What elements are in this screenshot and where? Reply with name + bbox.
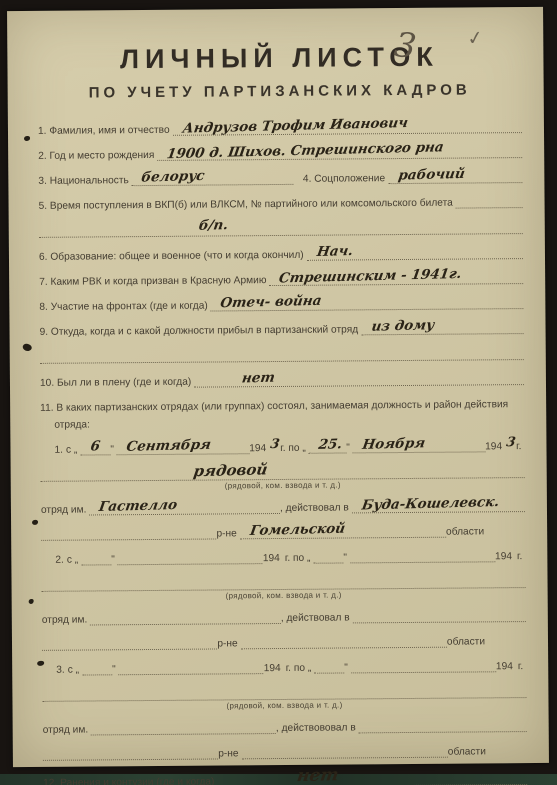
handwritten-district-1: Гомельской bbox=[239, 522, 350, 538]
handwritten-wounds: нет bbox=[286, 767, 344, 785]
entry-3-from-month-line bbox=[119, 660, 264, 675]
form-body: 1. Фамилия, имя и отчество Андрузов Троф… bbox=[38, 118, 527, 785]
entry-1-from-day-line: 6 bbox=[80, 441, 110, 456]
field-line-party bbox=[456, 194, 523, 209]
field-row-7: 7. Каким РВК и когда призван в Красную А… bbox=[39, 269, 523, 288]
entry-1-acted-line: Буда-Кошелевск. bbox=[352, 498, 525, 514]
entry-3-district-line bbox=[241, 744, 447, 760]
paper-speck bbox=[29, 599, 34, 604]
entry-3-unit-label: отряд им. bbox=[43, 724, 92, 735]
field-label-surname: 1. Фамилия, имя и отчество bbox=[38, 125, 173, 137]
entry-3-to-label: г. по „ bbox=[286, 663, 315, 674]
field-row-12: 12. Ранения и контузии (где и когда) нет bbox=[43, 767, 527, 785]
service-entry-1-unit: отряд им. Гастелло , действовал в Буда-К… bbox=[41, 497, 525, 516]
handwritten-surname: Андрузов Трофим Иванович bbox=[171, 116, 412, 136]
field-label-party: 5. Время поступления в ВКП(б) или ВЛКСМ,… bbox=[39, 198, 456, 212]
entry-3-from-label: с „ bbox=[68, 665, 82, 676]
entry-2-from-label: с „ bbox=[67, 555, 81, 566]
handwritten-birth: 1900 д. Шихов. Стрешинского рна bbox=[156, 141, 449, 162]
paper-speck bbox=[22, 342, 33, 352]
form-subtitle: ПО УЧЕТУ ПАРТИЗАНСКИХ КАДРОВ bbox=[38, 81, 522, 102]
entry-3-district-lead-line bbox=[43, 745, 218, 760]
handwritten-arrival: из дому bbox=[360, 319, 439, 334]
entry-3-year-prefix: 194 bbox=[264, 663, 284, 674]
entry-2-unit-label: отряд им. bbox=[42, 614, 91, 625]
paper-speck bbox=[32, 520, 38, 525]
entry-1-to-day-line: 25. bbox=[309, 439, 347, 454]
field-label-nationality: 3. Национальность bbox=[38, 175, 132, 187]
field-row-6: 6. Образование: общее и военное (что и к… bbox=[39, 244, 523, 263]
entry-2-to-label: г. по „ bbox=[285, 553, 314, 564]
field-line-education: Нач. bbox=[307, 245, 523, 261]
entry-2-number: 2. bbox=[55, 555, 67, 566]
field-label-detachments: 11. В каких партизанских отрядах (или гр… bbox=[40, 399, 511, 414]
entry-1-district-label: р-не bbox=[216, 528, 239, 539]
entry-1-district-lead-line bbox=[41, 525, 216, 540]
service-entry-1-dates: 1. с „ 6 " Сентября 194 3 г. по „ 25. " … bbox=[54, 437, 524, 456]
form-title: ЛИЧНЫЙ ЛИСТОК bbox=[37, 41, 521, 76]
form-header: ЛИЧНЫЙ ЛИСТОК 3 ✓ ПО УЧЕТУ ПАРТИЗАНСКИХ … bbox=[37, 41, 521, 102]
service-entry-3-dates: 3. с „ " 194 г. по „ " 194 г. bbox=[56, 657, 526, 676]
handwritten-to-month-1: Ноября bbox=[352, 437, 431, 452]
field-line-captivity: нет bbox=[194, 371, 524, 388]
entry-1-year-prefix2: 194 bbox=[485, 441, 505, 452]
handwritten-nationality: белорус bbox=[131, 169, 210, 184]
field-row-1: 1. Фамилия, имя и отчество Андрузов Троф… bbox=[38, 118, 522, 137]
entry-3-district-label: р-не bbox=[218, 748, 241, 759]
entry-1-number: 1. bbox=[54, 445, 66, 456]
handwritten-from-month-1: Сентября bbox=[116, 438, 216, 454]
field-row-8: 8. Участие на фронтах (где и когда) Отеч… bbox=[39, 294, 523, 313]
entry-1-from-label: с „ bbox=[66, 445, 80, 456]
field-label-captivity: 10. Был ли в плену (где и когда) bbox=[40, 377, 194, 389]
handwritten-position-1: рядовой bbox=[183, 462, 273, 479]
service-entry-2-dates: 2. с „ " 194 г. по „ " 194 г. bbox=[55, 547, 525, 566]
service-entry-1-district: р-не Гомельской области bbox=[41, 522, 525, 541]
entry-2-district-lead-line bbox=[42, 635, 217, 650]
field-label-social-status: 4. Соцположение bbox=[293, 173, 388, 185]
entry-1-oblast-label: области bbox=[446, 526, 487, 537]
entry-3-to-day-line bbox=[314, 659, 344, 673]
entry-1-district-line: Гомельской bbox=[240, 523, 446, 539]
entry-2-oblast-label: области bbox=[447, 636, 488, 647]
service-entry-2-unit: отряд им. , действовал в bbox=[42, 607, 526, 626]
entry-2-acted-label: , действовал в bbox=[281, 612, 353, 624]
handwritten-social-status: рабочий bbox=[387, 167, 469, 183]
service-entry-3-district: р-не области bbox=[43, 742, 527, 761]
handwritten-from-year-1: 3 bbox=[268, 438, 281, 451]
entry-3-year-prefix2: 194 bbox=[496, 661, 516, 672]
handwritten-from-day-1: 6 bbox=[79, 440, 105, 454]
field-row-3-4: 3. Национальность белорус 4. Соцположени… bbox=[38, 168, 522, 187]
handwritten-conscription: Стрешинским - 1941г. bbox=[268, 267, 466, 285]
entry-2-year-prefix2: 194 bbox=[495, 551, 515, 562]
entry-3-acted-line bbox=[359, 718, 527, 733]
handwritten-captivity: нет bbox=[231, 371, 280, 386]
field-label-fronts: 8. Участие на фронтах (где и когда) bbox=[39, 301, 211, 313]
field-line-surname: Андрузов Трофим Иванович bbox=[173, 119, 522, 136]
checkmark-icon: ✓ bbox=[466, 26, 485, 50]
handwritten-education: Нач. bbox=[306, 244, 358, 259]
service-entry-3-unit: отряд им. , действововал в bbox=[43, 717, 527, 736]
entry-1-unit-label: отряд им. bbox=[41, 504, 90, 515]
entry-1-acted-label: , действовал в bbox=[280, 502, 352, 514]
entry-3-acted-label: , действововал в bbox=[276, 722, 359, 734]
field-row-9: 9. Откуда, когда и с какой должности при… bbox=[39, 319, 523, 338]
field-row-2: 2. Год и место рождения 1900 д. Шихов. С… bbox=[38, 143, 522, 162]
entry-2-year-suffix: г. bbox=[517, 551, 525, 562]
field-label-wounds: 12. Ранения и контузии (где и когда) bbox=[43, 776, 217, 785]
entry-3-unit-line bbox=[91, 720, 276, 735]
entry-3-to-month-line bbox=[351, 658, 496, 673]
handwritten-fronts: Отеч- война bbox=[210, 294, 327, 310]
entry-2-unit-line bbox=[90, 610, 281, 625]
entry-2-year-prefix: 194 bbox=[263, 553, 283, 564]
entry-2-acted-line bbox=[353, 608, 526, 623]
field-label-birth: 2. Год и место рождения bbox=[38, 150, 157, 162]
handwritten-unit-1: Гастелло bbox=[88, 498, 182, 514]
field-line-arrival: из дому bbox=[361, 320, 524, 336]
field-label-detachments-2: отряда: bbox=[54, 419, 93, 430]
entry-3-year-suffix: г. bbox=[518, 661, 526, 672]
entry-3-number: 3. bbox=[56, 665, 68, 676]
field-label-education: 6. Образование: общее и военное (что и к… bbox=[39, 250, 307, 263]
field-line-wounds: нет bbox=[217, 767, 527, 785]
field-line-conscription: Стрешинским - 1941г. bbox=[269, 270, 523, 286]
field-row-5: 5. Время поступления в ВКП(б) или ВЛКСМ,… bbox=[38, 193, 522, 212]
field-line-nationality: белорус bbox=[132, 170, 293, 186]
entry-3-oblast-label: области bbox=[448, 746, 489, 757]
field-line-arrival-extra bbox=[40, 344, 524, 364]
entry-2-to-month-line bbox=[350, 548, 495, 563]
service-entry-2-district: р-не области bbox=[42, 632, 526, 651]
field-label-conscription: 7. Каким РВК и когда призван в Красную А… bbox=[39, 275, 269, 288]
entry-2-from-day-line bbox=[81, 551, 111, 565]
entry-2-from-month-line bbox=[118, 550, 263, 565]
field-row-11b: отряда: bbox=[54, 412, 524, 431]
entry-3-from-day-line bbox=[82, 661, 112, 675]
handwritten-party: б/п. bbox=[188, 219, 233, 234]
handwritten-to-day-1: 25. bbox=[308, 438, 348, 452]
entry-1-to-label: г. по „ bbox=[280, 443, 309, 454]
entry-1-unit-line: Гастелло bbox=[89, 499, 280, 515]
field-line-party-value: б/п. bbox=[39, 218, 523, 238]
paper-speck bbox=[24, 136, 30, 141]
field-row-11: 11. В каких партизанских отрядах (или гр… bbox=[40, 395, 524, 414]
handwritten-acted-in-1: Буда-Кошелевск. bbox=[351, 495, 504, 512]
field-line-social-status: рабочий bbox=[388, 169, 522, 185]
field-label-arrival: 9. Откуда, когда и с какой должности при… bbox=[40, 324, 362, 338]
entry-1-year-prefix: 194 bbox=[249, 443, 269, 454]
entry-1-from-month-line: Сентября bbox=[117, 440, 249, 456]
field-line-fronts: Отеч- война bbox=[211, 295, 524, 312]
entry-2-district-line bbox=[241, 634, 447, 650]
entry-1-to-month-line: Ноября bbox=[353, 438, 485, 454]
field-line-birth: 1900 д. Шихов. Стрешинского рна bbox=[157, 144, 522, 161]
entry-2-district-label: р-не bbox=[217, 638, 240, 649]
handwritten-to-year-1: 3 bbox=[504, 436, 517, 449]
field-row-10: 10. Был ли в плену (где и когда) нет bbox=[40, 370, 524, 389]
entry-2-to-day-line bbox=[313, 549, 343, 563]
document-page: ЛИЧНЫЙ ЛИСТОК 3 ✓ ПО УЧЕТУ ПАРТИЗАНСКИХ … bbox=[7, 7, 549, 767]
entry-1-year-suffix: г. bbox=[516, 441, 524, 452]
